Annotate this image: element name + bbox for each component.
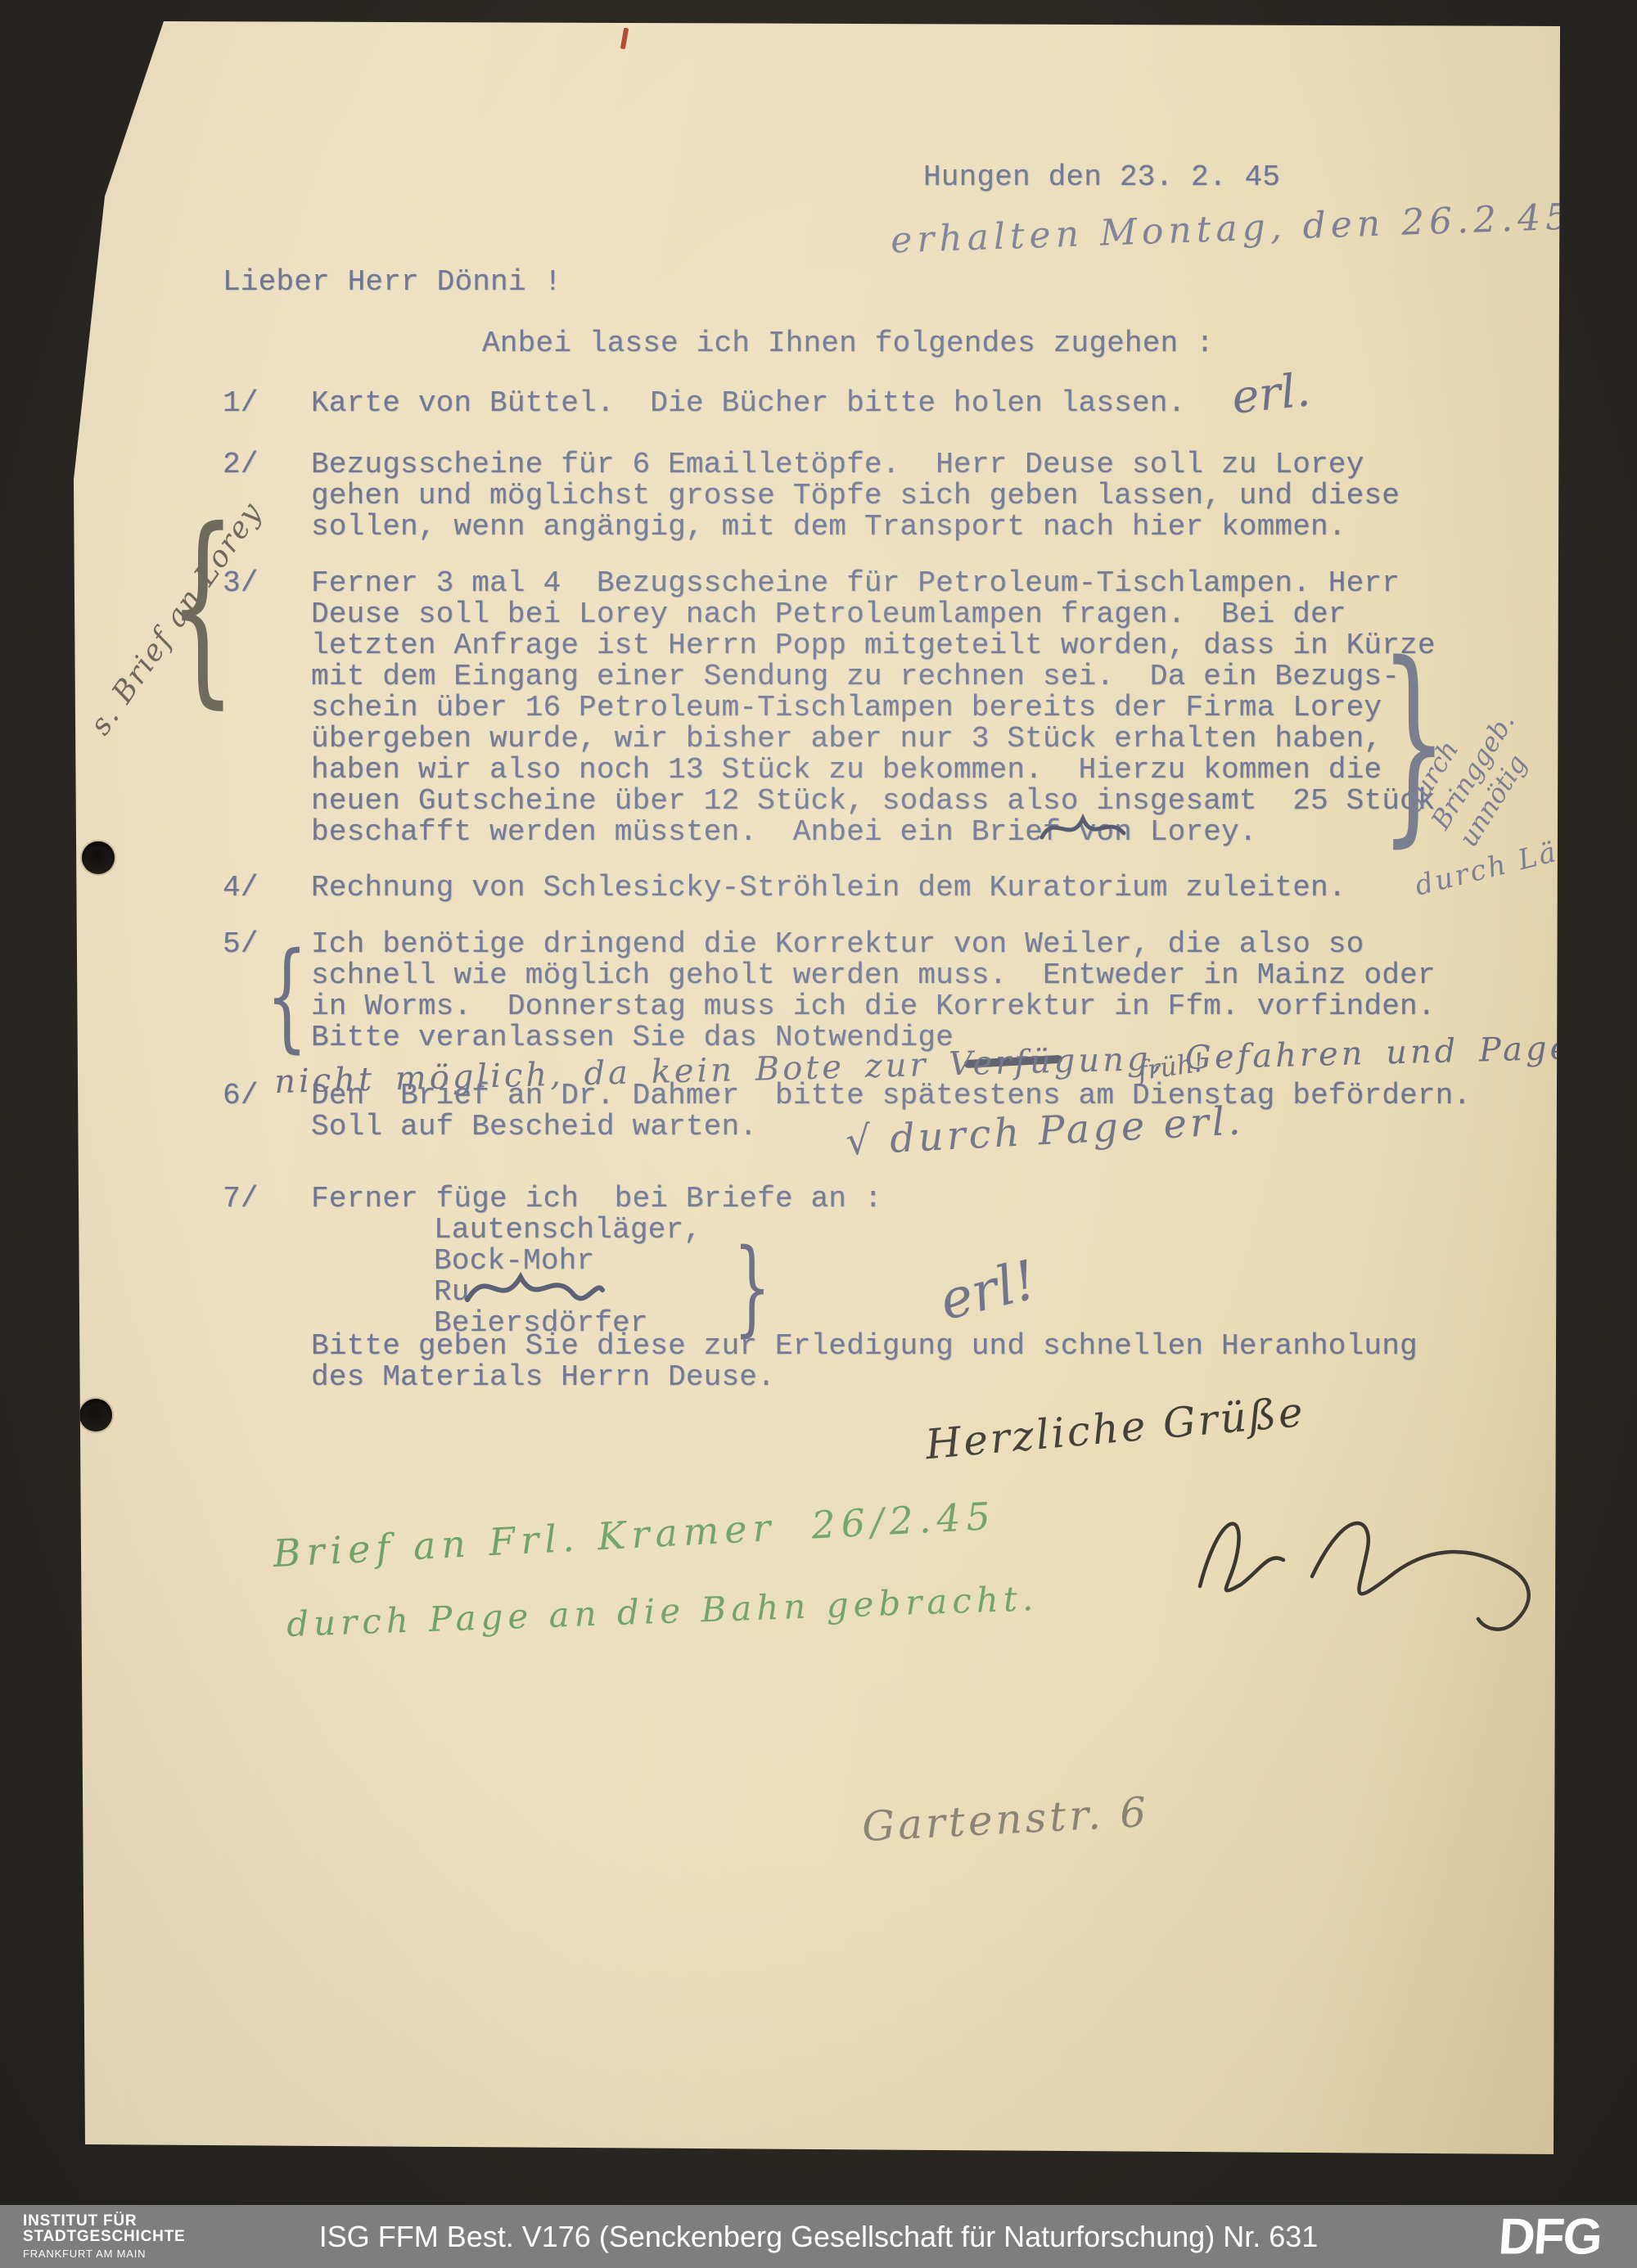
archive-reference: ISG FFM Best. V176 (Senckenberg Gesellsc…: [319, 2220, 1319, 2254]
punch-hole-top: [82, 841, 115, 874]
text-line: Ich benötige dringend die Korrektur von …: [311, 929, 1436, 960]
scribble-mark-von: [1038, 809, 1128, 848]
item-7-done-note: erl!: [933, 1248, 1042, 1332]
item-4-number: 4/: [223, 872, 259, 904]
item-1-done-note: erl.: [1229, 363, 1313, 425]
item-4-text: Rechnung von Schlesicky-Ströhlein dem Ku…: [311, 872, 1346, 904]
item-7-closing-text: Bitte geben Sie diese zur Erledigung und…: [311, 1331, 1418, 1393]
scribble-mark-name: [463, 1265, 607, 1313]
text-line: Deuse soll bei Lorey nach Petroleumlampe…: [311, 599, 1436, 630]
item-7-number: 7/: [223, 1184, 259, 1215]
institute-line-2: STADTGESCHICHTE: [23, 2229, 185, 2244]
text-line: schein über 16 Petroleum-Tischlampen ber…: [311, 692, 1436, 724]
text-line: übergeben wurde, wir bisher aber nur 3 S…: [311, 724, 1436, 755]
text-line: Ferner 3 mal 4 Bezugsscheine für Petrole…: [311, 568, 1436, 599]
text-line: Bezugsscheine für 6 Emailletöpfe. Herr D…: [311, 449, 1400, 480]
text-line: beschafft werden müssten. Anbei ein Brie…: [311, 817, 1436, 848]
intro-line: Anbei lasse ich Ihnen folgendes zugehen …: [482, 328, 1214, 359]
dfg-logo: DFG: [1497, 2207, 1603, 2266]
item-2-text: Bezugsscheine für 6 Emailletöpfe. Herr D…: [311, 449, 1400, 543]
dateline: Hungen den 23. 2. 45: [923, 162, 1280, 193]
text-line: des Materials Herrn Deuse.: [311, 1362, 1418, 1393]
address-note: Gartenstr. 6: [861, 1788, 1151, 1851]
item-5-number: 5/: [223, 929, 259, 960]
text-line: sollen, wenn angängig, mit dem Transport…: [311, 512, 1400, 543]
scan-background: Hungen den 23. 2. 45 erhalten Montag, de…: [0, 0, 1637, 2268]
received-note-handwriting: erhalten Montag, den 26.2.45: [890, 196, 1573, 261]
item-6-number: 6/: [223, 1080, 259, 1111]
text-line: in Worms. Donnerstag muss ich die Korrek…: [311, 991, 1436, 1022]
punch-hole-bottom: [79, 1399, 112, 1432]
text-line: Bitte geben Sie diese zur Erledigung und…: [311, 1331, 1418, 1362]
green-note-line-1: Brief an Frl. Kramer 26/2.45: [272, 1494, 997, 1576]
text-line: Lautenschläger,: [434, 1215, 701, 1246]
institute-line-3: FRANKFURT AM MAIN: [23, 2246, 185, 2261]
paper-speck: [620, 28, 629, 50]
item-1-text: Karte von Büttel. Die Bücher bitte holen…: [311, 388, 1185, 419]
item-5-text: Ich benötige dringend die Korrektur von …: [311, 929, 1436, 1053]
green-note-line-2: durch Page an die Bahn gebracht.: [286, 1578, 1038, 1644]
closing-greeting: Herzliche Grüße: [923, 1388, 1306, 1468]
letter-page: Hungen den 23. 2. 45 erhalten Montag, de…: [72, 21, 1565, 2154]
text-line: Karte von Büttel. Die Bücher bitte holen…: [311, 388, 1185, 419]
archive-footer-bar: INSTITUT FÜR STADTGESCHICHTE FRANKFURT A…: [0, 2205, 1637, 2268]
institute-line-1: INSTITUT FÜR: [23, 2213, 185, 2229]
signature: [1161, 1472, 1554, 1635]
text-line: Rechnung von Schlesicky-Ströhlein dem Ku…: [311, 872, 1346, 904]
item-1-number: 1/: [223, 388, 259, 419]
text-line: mit dem Eingang einer Sendung zu rechnen…: [311, 661, 1436, 692]
text-line: haben wir also noch 13 Stück zu bekommen…: [311, 755, 1436, 786]
text-line: gehen und möglichst grosse Töpfe sich ge…: [311, 480, 1400, 512]
text-line: neuen Gutscheine über 12 Stück, sodass a…: [311, 786, 1436, 817]
text-line: Den Brief an Dr. Dahmer bitte spätestens…: [311, 1080, 1471, 1111]
text-line: letzten Anfrage ist Herrn Popp mitgeteil…: [311, 630, 1436, 661]
salutation: Lieber Herr Dönni !: [223, 267, 561, 298]
item-3-text: Ferner 3 mal 4 Bezugsscheine für Petrole…: [311, 568, 1436, 848]
institute-logo: INSTITUT FÜR STADTGESCHICHTE FRANKFURT A…: [23, 2213, 185, 2261]
text-line: schnell wie möglich geholt werden muss. …: [311, 960, 1436, 991]
item-5-brace: {: [266, 920, 308, 1073]
item-7-text: Ferner füge ich bei Briefe an :: [311, 1184, 882, 1215]
text-line: Ferner füge ich bei Briefe an :: [311, 1184, 882, 1215]
